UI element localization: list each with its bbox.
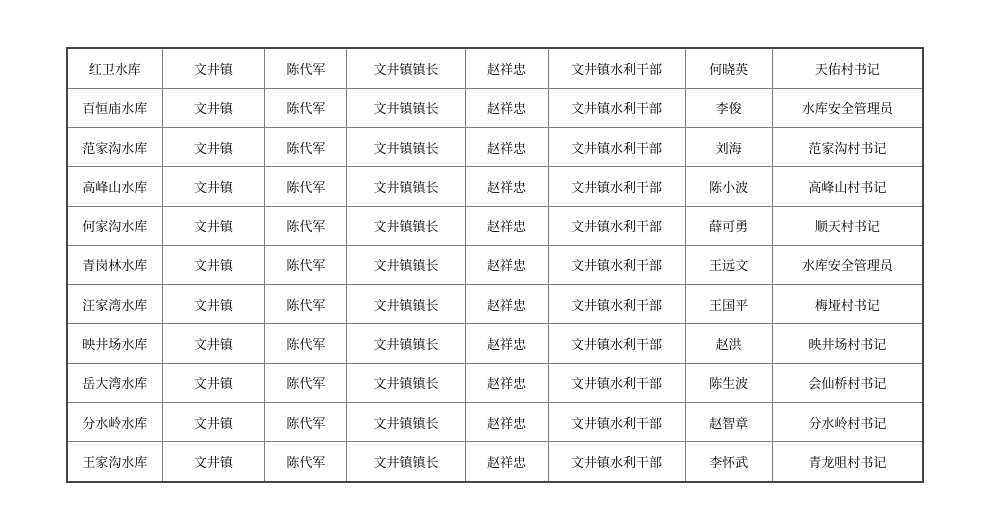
table-cell-town-name: 文井镇 bbox=[162, 442, 265, 482]
table-cell-town-leader-name: 陈代军 bbox=[265, 442, 347, 482]
table-cell-town-leader-title: 文井镇镇长 bbox=[347, 48, 465, 88]
table-cell-town-leader-name: 陈代军 bbox=[265, 127, 347, 166]
table-cell-village-contact-name: 刘海 bbox=[685, 127, 772, 166]
table-cell-village-contact-title: 分水岭村书记 bbox=[772, 402, 923, 441]
table-cell-water-official-title: 文井镇水利干部 bbox=[548, 245, 685, 284]
table-cell-town-name: 文井镇 bbox=[162, 285, 265, 324]
table-cell-village-contact-name: 李俊 bbox=[685, 88, 772, 127]
table-cell-village-contact-name: 赵智章 bbox=[685, 402, 772, 441]
table-cell-town-leader-title: 文井镇镇长 bbox=[347, 127, 465, 166]
table-cell-village-contact-title: 梅垭村书记 bbox=[772, 285, 923, 324]
table-cell-town-name: 文井镇 bbox=[162, 206, 265, 245]
table-cell-town-leader-title: 文井镇镇长 bbox=[347, 324, 465, 363]
table-cell-village-contact-title: 水库安全管理员 bbox=[772, 245, 923, 284]
table-cell-village-contact-title: 映井场村书记 bbox=[772, 324, 923, 363]
table-cell-village-contact-title: 水库安全管理员 bbox=[772, 88, 923, 127]
table-cell-water-official-title: 文井镇水利干部 bbox=[548, 324, 685, 363]
table-cell-water-official-name: 赵祥忠 bbox=[465, 402, 548, 441]
table-row: 红卫水库文井镇陈代军文井镇镇长赵祥忠文井镇水利干部何晓英天佑村书记 bbox=[67, 48, 923, 88]
table-cell-town-name: 文井镇 bbox=[162, 167, 265, 206]
table-cell-water-official-name: 赵祥忠 bbox=[465, 363, 548, 402]
table-cell-town-leader-name: 陈代军 bbox=[265, 324, 347, 363]
table-cell-village-contact-title: 范家沟村书记 bbox=[772, 127, 923, 166]
table-cell-reservoir-name: 何家沟水库 bbox=[67, 206, 162, 245]
table-cell-village-contact-title: 顺天村书记 bbox=[772, 206, 923, 245]
table-cell-town-name: 文井镇 bbox=[162, 88, 265, 127]
table-cell-village-contact-name: 李怀武 bbox=[685, 442, 772, 482]
table-cell-town-leader-title: 文井镇镇长 bbox=[347, 245, 465, 284]
table-cell-water-official-name: 赵祥忠 bbox=[465, 285, 548, 324]
table-cell-water-official-name: 赵祥忠 bbox=[465, 245, 548, 284]
table-cell-village-contact-name: 王远文 bbox=[685, 245, 772, 284]
table-cell-village-contact-name: 陈小波 bbox=[685, 167, 772, 206]
table-cell-water-official-title: 文井镇水利干部 bbox=[548, 285, 685, 324]
table-row: 分水岭水库文井镇陈代军文井镇镇长赵祥忠文井镇水利干部赵智章分水岭村书记 bbox=[67, 402, 923, 441]
table-row: 范家沟水库文井镇陈代军文井镇镇长赵祥忠文井镇水利干部刘海范家沟村书记 bbox=[67, 127, 923, 166]
table-cell-reservoir-name: 汪家湾水库 bbox=[67, 285, 162, 324]
table-cell-village-contact-title: 青龙咀村书记 bbox=[772, 442, 923, 482]
table-cell-town-leader-name: 陈代军 bbox=[265, 206, 347, 245]
table-row: 岳大湾水库文井镇陈代军文井镇镇长赵祥忠文井镇水利干部陈生波会仙桥村书记 bbox=[67, 363, 923, 402]
table-row: 百恒庙水库文井镇陈代军文井镇镇长赵祥忠文井镇水利干部李俊水库安全管理员 bbox=[67, 88, 923, 127]
table-cell-reservoir-name: 红卫水库 bbox=[67, 48, 162, 88]
table-cell-water-official-title: 文井镇水利干部 bbox=[548, 127, 685, 166]
table-cell-village-contact-name: 何晓英 bbox=[685, 48, 772, 88]
table-cell-town-name: 文井镇 bbox=[162, 48, 265, 88]
table-cell-water-official-name: 赵祥忠 bbox=[465, 127, 548, 166]
table-cell-town-leader-name: 陈代军 bbox=[265, 402, 347, 441]
table-cell-town-name: 文井镇 bbox=[162, 324, 265, 363]
table-cell-town-name: 文井镇 bbox=[162, 127, 265, 166]
document-page: 红卫水库文井镇陈代军文井镇镇长赵祥忠文井镇水利干部何晓英天佑村书记百恒庙水库文井… bbox=[0, 0, 989, 524]
table-cell-reservoir-name: 映井场水库 bbox=[67, 324, 162, 363]
table-cell-water-official-title: 文井镇水利干部 bbox=[548, 402, 685, 441]
table-cell-town-name: 文井镇 bbox=[162, 363, 265, 402]
table-cell-reservoir-name: 青岗林水库 bbox=[67, 245, 162, 284]
table-cell-town-leader-title: 文井镇镇长 bbox=[347, 363, 465, 402]
table-cell-water-official-name: 赵祥忠 bbox=[465, 206, 548, 245]
table-cell-reservoir-name: 范家沟水库 bbox=[67, 127, 162, 166]
table-cell-water-official-name: 赵祥忠 bbox=[465, 48, 548, 88]
table-row: 青岗林水库文井镇陈代军文井镇镇长赵祥忠文井镇水利干部王远文水库安全管理员 bbox=[67, 245, 923, 284]
table-cell-town-name: 文井镇 bbox=[162, 402, 265, 441]
table-cell-village-contact-title: 天佑村书记 bbox=[772, 48, 923, 88]
table-cell-town-leader-name: 陈代军 bbox=[265, 88, 347, 127]
table-cell-water-official-name: 赵祥忠 bbox=[465, 324, 548, 363]
table-cell-village-contact-name: 赵洪 bbox=[685, 324, 772, 363]
table-row: 何家沟水库文井镇陈代军文井镇镇长赵祥忠文井镇水利干部薛可勇顺天村书记 bbox=[67, 206, 923, 245]
table-cell-town-leader-title: 文井镇镇长 bbox=[347, 88, 465, 127]
table-cell-water-official-title: 文井镇水利干部 bbox=[548, 167, 685, 206]
table-cell-town-leader-name: 陈代军 bbox=[265, 167, 347, 206]
reservoir-contact-table: 红卫水库文井镇陈代军文井镇镇长赵祥忠文井镇水利干部何晓英天佑村书记百恒庙水库文井… bbox=[66, 47, 924, 483]
table-cell-town-leader-title: 文井镇镇长 bbox=[347, 285, 465, 324]
table-cell-water-official-title: 文井镇水利干部 bbox=[548, 442, 685, 482]
table-cell-reservoir-name: 岳大湾水库 bbox=[67, 363, 162, 402]
table-cell-reservoir-name: 百恒庙水库 bbox=[67, 88, 162, 127]
table-cell-town-leader-title: 文井镇镇长 bbox=[347, 206, 465, 245]
table-cell-town-leader-name: 陈代军 bbox=[265, 48, 347, 88]
table-cell-village-contact-name: 陈生波 bbox=[685, 363, 772, 402]
table-cell-water-official-name: 赵祥忠 bbox=[465, 167, 548, 206]
table-cell-town-leader-title: 文井镇镇长 bbox=[347, 167, 465, 206]
table-cell-town-leader-title: 文井镇镇长 bbox=[347, 402, 465, 441]
table-cell-water-official-title: 文井镇水利干部 bbox=[548, 48, 685, 88]
table-row: 王家沟水库文井镇陈代军文井镇镇长赵祥忠文井镇水利干部李怀武青龙咀村书记 bbox=[67, 442, 923, 482]
table-cell-village-contact-name: 薛可勇 bbox=[685, 206, 772, 245]
table-cell-village-contact-title: 高峰山村书记 bbox=[772, 167, 923, 206]
table-row: 高峰山水库文井镇陈代军文井镇镇长赵祥忠文井镇水利干部陈小波高峰山村书记 bbox=[67, 167, 923, 206]
table-cell-water-official-name: 赵祥忠 bbox=[465, 442, 548, 482]
table-cell-town-leader-name: 陈代军 bbox=[265, 285, 347, 324]
table-row: 汪家湾水库文井镇陈代军文井镇镇长赵祥忠文井镇水利干部王国平梅垭村书记 bbox=[67, 285, 923, 324]
table-cell-village-contact-title: 会仙桥村书记 bbox=[772, 363, 923, 402]
table-cell-water-official-title: 文井镇水利干部 bbox=[548, 88, 685, 127]
table-cell-water-official-title: 文井镇水利干部 bbox=[548, 363, 685, 402]
table-row: 映井场水库文井镇陈代军文井镇镇长赵祥忠文井镇水利干部赵洪映井场村书记 bbox=[67, 324, 923, 363]
table-cell-reservoir-name: 分水岭水库 bbox=[67, 402, 162, 441]
table-cell-reservoir-name: 高峰山水库 bbox=[67, 167, 162, 206]
table-cell-town-leader-name: 陈代军 bbox=[265, 245, 347, 284]
table-cell-reservoir-name: 王家沟水库 bbox=[67, 442, 162, 482]
table-body: 红卫水库文井镇陈代军文井镇镇长赵祥忠文井镇水利干部何晓英天佑村书记百恒庙水库文井… bbox=[67, 48, 923, 482]
table-cell-town-name: 文井镇 bbox=[162, 245, 265, 284]
table-cell-town-leader-name: 陈代军 bbox=[265, 363, 347, 402]
table-cell-water-official-name: 赵祥忠 bbox=[465, 88, 548, 127]
table-cell-town-leader-title: 文井镇镇长 bbox=[347, 442, 465, 482]
table-cell-water-official-title: 文井镇水利干部 bbox=[548, 206, 685, 245]
table-cell-village-contact-name: 王国平 bbox=[685, 285, 772, 324]
